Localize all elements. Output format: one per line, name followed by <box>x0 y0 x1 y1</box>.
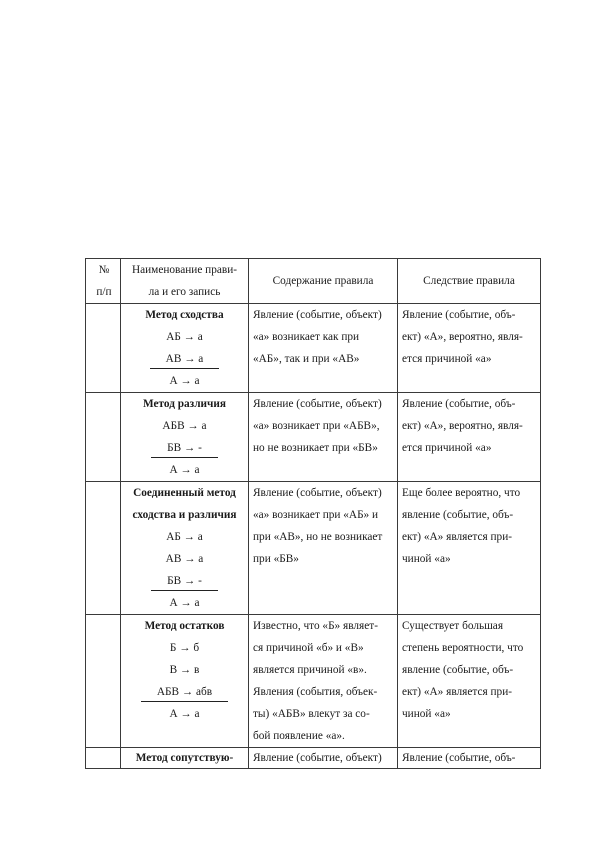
method-cell: Метод остатковБ → бВ → вАБВ → абвА → а <box>121 615 249 748</box>
method-title: Метод различия <box>125 393 244 415</box>
table-row: Метод сходстваАБ → аАВ → аА → аЯвление (… <box>86 304 541 393</box>
row-number <box>86 482 121 615</box>
rule-consequence-line: Явление (событие, объ- <box>402 304 536 326</box>
header-number-line2: п/п <box>96 286 111 298</box>
rule-content-cell: Явление (событие, объект)«а» возникает п… <box>249 393 398 482</box>
rule-consequence-cell: Явление (событие, объ-ект) «А», вероятно… <box>398 304 541 393</box>
document-page: № п/п Наименование прави- ла и его запис… <box>0 0 596 842</box>
method-formula-underlined: БВ → - <box>151 572 218 591</box>
rule-content-line: при «АВ», но не возникает <box>253 526 393 548</box>
rule-consequence-line: ект) «А», вероятно, явля- <box>402 326 536 348</box>
rule-content-line: «а» возникает при «АБ» и <box>253 504 393 526</box>
rule-consequence-line: явление (событие, объ- <box>402 504 536 526</box>
rule-consequence-line: ект) «А» является при- <box>402 681 536 703</box>
rule-content-line: Явление (событие, объект) <box>253 748 393 768</box>
method-title: Метод сходства <box>125 304 244 326</box>
rule-consequence-line: Еще более вероятно, что <box>402 482 536 504</box>
header-rule-name-line1: Наименование прави- <box>132 264 237 276</box>
method-formula: В → в <box>125 659 244 681</box>
rule-consequence-line: Существует большая <box>402 615 536 637</box>
method-cell: Метод сопутствую- <box>121 748 249 769</box>
header-rule-name: Наименование прави- ла и его запись <box>121 259 249 304</box>
table-row: Метод различияАБВ → аБВ → -А → аЯвление … <box>86 393 541 482</box>
header-rule-consequence: Следствие правила <box>398 259 541 304</box>
rule-consequence-cell: Явление (событие, объ- <box>398 748 541 769</box>
rule-content-line: но не возникает при «БВ» <box>253 437 393 459</box>
method-cell: Метод различияАБВ → аБВ → -А → а <box>121 393 249 482</box>
inductive-methods-table: № п/п Наименование прави- ла и его запис… <box>85 258 541 769</box>
rule-content-line: является причиной «в». <box>253 659 393 681</box>
rule-content-line: Явление (событие, объект) <box>253 482 393 504</box>
rule-content-cell: Явление (событие, объект)«а» возникает к… <box>249 304 398 393</box>
rule-consequence-line: чиной «а» <box>402 548 536 570</box>
method-title: Метод остатков <box>125 615 244 637</box>
rule-consequence-line: ется причиной «а» <box>402 348 536 370</box>
method-formula: АБ → а <box>125 526 244 548</box>
method-formula: А → а <box>125 592 244 614</box>
row-number <box>86 393 121 482</box>
rule-content-line: «АБ», так и при «АВ» <box>253 348 393 370</box>
rule-consequence-line: степень вероятности, что <box>402 637 536 659</box>
method-formula: АБВ → а <box>125 415 244 437</box>
row-number <box>86 748 121 769</box>
method-title: Соединенный метод <box>125 482 244 504</box>
rule-consequence-line: ект) «А» является при- <box>402 526 536 548</box>
rule-content-cell: Известно, что «Б» являет-ся причиной «б»… <box>249 615 398 748</box>
rule-consequence-line: ект) «А», вероятно, явля- <box>402 415 536 437</box>
rule-consequence-line: Явление (событие, объ- <box>402 748 536 768</box>
method-cell: Метод сходстваАБ → аАВ → аА → а <box>121 304 249 393</box>
rule-consequence-cell: Явление (событие, объ-ект) «А», вероятно… <box>398 393 541 482</box>
rule-content-line: Известно, что «Б» являет- <box>253 615 393 637</box>
rule-content-line: ся причиной «б» и «В» <box>253 637 393 659</box>
header-number-line1: № <box>99 264 110 276</box>
table-row: Метод остатковБ → бВ → вАБВ → абвА → аИз… <box>86 615 541 748</box>
method-formula: АВ → а <box>125 548 244 570</box>
table-row: Соединенный методсходства и различияАБ →… <box>86 482 541 615</box>
rule-content-line: «а» возникает при «АБВ», <box>253 415 393 437</box>
method-formula: АВ → а <box>125 348 244 370</box>
method-formula: БВ → - <box>125 570 244 592</box>
method-title: Метод сопутствую- <box>125 748 244 768</box>
row-number <box>86 304 121 393</box>
table-header-row: № п/п Наименование прави- ла и его запис… <box>86 259 541 304</box>
rule-content-line: Явление (событие, объект) <box>253 304 393 326</box>
method-formula: А → а <box>125 370 244 392</box>
rule-consequence-cell: Еще более вероятно, чтоявление (событие,… <box>398 482 541 615</box>
rule-content-line: при «БВ» <box>253 548 393 570</box>
method-formula-underlined: БВ → - <box>151 439 218 458</box>
method-formula: А → а <box>125 459 244 481</box>
header-number: № п/п <box>86 259 121 304</box>
rule-consequence-cell: Существует большаястепень вероятности, ч… <box>398 615 541 748</box>
header-rule-content: Содержание правила <box>249 259 398 304</box>
rule-consequence-line: ется причиной «а» <box>402 437 536 459</box>
rule-consequence-line: явление (событие, объ- <box>402 659 536 681</box>
row-number <box>86 615 121 748</box>
rule-content-line: Явление (событие, объект) <box>253 393 393 415</box>
method-formula-underlined: АВ → а <box>150 350 220 369</box>
header-rule-name-line2: ла и его запись <box>149 286 221 298</box>
method-formula: АБВ → абв <box>125 681 244 703</box>
method-formula: Б → б <box>125 637 244 659</box>
rule-content-cell: Явление (событие, объект)«а» возникает п… <box>249 482 398 615</box>
method-formula: А → а <box>125 703 244 725</box>
rule-consequence-line: Явление (событие, объ- <box>402 393 536 415</box>
method-title: сходства и различия <box>125 504 244 526</box>
method-formula-underlined: АБВ → абв <box>141 683 228 702</box>
rule-content-line: бой появление «а». <box>253 725 393 747</box>
rule-content-cell: Явление (событие, объект) <box>249 748 398 769</box>
rule-content-line: «а» возникает как при <box>253 326 393 348</box>
method-formula: БВ → - <box>125 437 244 459</box>
method-cell: Соединенный методсходства и различияАБ →… <box>121 482 249 615</box>
rule-consequence-line: чиной «а» <box>402 703 536 725</box>
method-formula: АБ → а <box>125 326 244 348</box>
table-row: Метод сопутствую-Явление (событие, объек… <box>86 748 541 769</box>
rule-content-line: ты) «АБВ» влекут за со- <box>253 703 393 725</box>
rule-content-line: Явления (события, объек- <box>253 681 393 703</box>
